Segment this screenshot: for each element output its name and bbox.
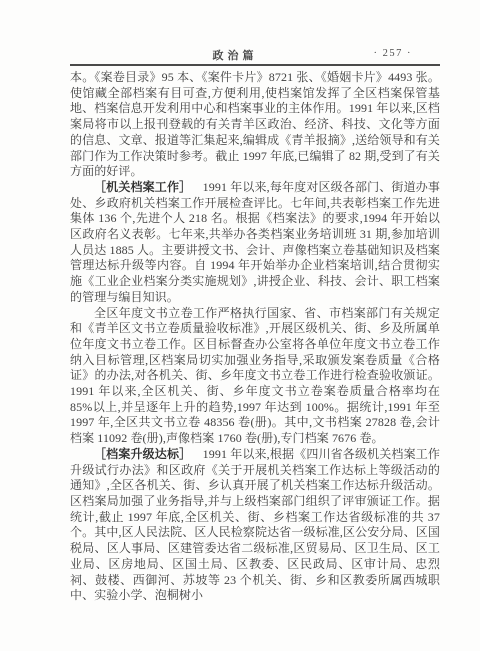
section-title: 政治篇 xyxy=(70,47,400,63)
page-header: 政治篇 · 257 · xyxy=(70,47,440,63)
paragraph-document-filing: 全区年度文书立卷工作严格执行国家、省、市档案部门有关规定和《青羊区文书立卷质量验… xyxy=(70,306,440,447)
paragraph-continuation: 本。《案卷目录》95 本、《案件卡片》8721 张、《婚姻卡片》4493 张。使… xyxy=(70,70,440,180)
document-page: 政治篇 · 257 · 本。《案卷目录》95 本、《案件卡片》8721 张、《婚… xyxy=(0,0,480,651)
paragraph-entry-archive-upgrade: ［档案升级达标］1991 年以来,根据《四川省各级机关档案工作升级试行办法》和区… xyxy=(70,447,440,604)
paragraph-text: 全区年度文书立卷工作严格执行国家、省、市档案部门有关规定和《青羊区文书立卷质量验… xyxy=(70,306,440,446)
paragraph-text: 本。《案卷目录》95 本、《案件卡片》8721 张、《婚姻卡片》4493 张。使… xyxy=(70,70,440,178)
paragraph-entry-organ-archives: ［机关档案工作］1991 年以来,每年度对区级各部门、街道办事处、乡政府机关档案… xyxy=(70,180,440,306)
header-rule xyxy=(70,64,440,66)
entry-heading: ［机关档案工作］ xyxy=(94,180,191,194)
page-number: · 257 · xyxy=(374,48,413,59)
paragraph-text: 1991 年以来,根据《四川省各级机关档案工作升级试行办法》和区政府《关于开展机… xyxy=(70,447,440,602)
paragraph-text: 1991 年以来,每年度对区级各部门、街道办事处、乡政府机关档案工作开展检查评比… xyxy=(70,180,440,304)
entry-heading: ［档案升级达标］ xyxy=(94,447,191,461)
text-block: 本。《案卷目录》95 本、《案件卡片》8721 张、《婚姻卡片》4493 张。使… xyxy=(70,70,440,604)
